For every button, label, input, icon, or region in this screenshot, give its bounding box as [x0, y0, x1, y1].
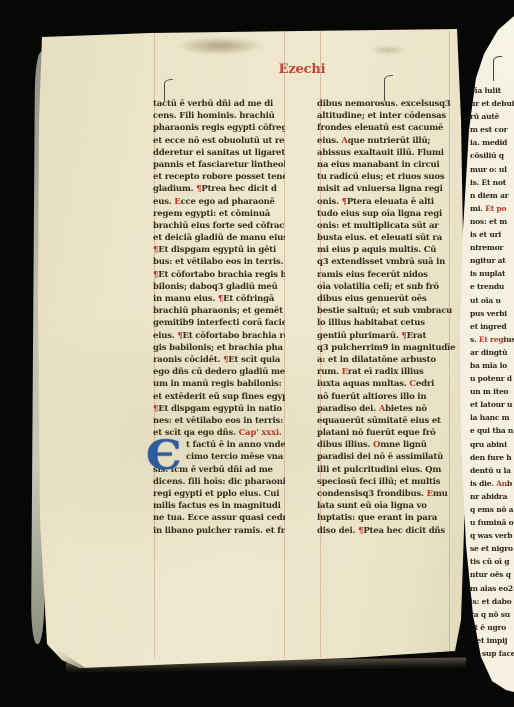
text-line: gentiū plurimarū. ¶Erat — [317, 330, 457, 342]
text-line: diso dei. ¶Ptea hec dicit dñs — [317, 525, 457, 537]
text-line: m est cor — [470, 123, 514, 136]
text-line: pharaonis regis egypti cōfregi: — [153, 122, 285, 134]
text-line: onis. ¶Ptera eleuata ē alti — [317, 196, 457, 208]
text-line: et deiciā gladiū de manu eius. — [153, 232, 285, 244]
text-line: la hanc m — [470, 411, 514, 424]
text-line: se et nigro — [470, 542, 514, 555]
text-line: oīa volatilia celi; et sub frō — [317, 281, 457, 293]
text-line: et recepto robore posset tenere — [153, 171, 285, 183]
text-line: de sup face — [470, 647, 514, 660]
text-line: ne tua. Ecce assur quasi cedrus — [153, 512, 285, 524]
text-line: ego dñs cū dedero gladiū me — [153, 366, 285, 378]
text-line: onis: et multiplicata sūt ar — [317, 220, 457, 232]
text-line: eus. Ecce ego ad pharaonē — [153, 196, 285, 208]
text-line: iuxta aquas multas. Cedri — [317, 378, 457, 390]
text-line: regem egypti: et cōminuā — [153, 208, 285, 220]
text-line: tactū ē verbū dñi ad me di — [153, 98, 285, 110]
text-line: is die. Anb — [470, 477, 514, 490]
text-line: e qui tha n — [470, 424, 514, 437]
text-line: equauerūt sūmitatē eius et — [317, 415, 457, 427]
text-line: illi et pulcritudini eius. Qm — [317, 464, 457, 476]
text-line: ramis eius fecerūt nidos — [317, 269, 457, 281]
text-line: s et impij — [470, 634, 514, 647]
text-line: u potenr d — [470, 372, 514, 385]
text-line: mur o: ul — [470, 163, 514, 176]
text-line: abissus exaltauit illū. Flumi — [317, 147, 457, 159]
parchment-stain — [158, 30, 428, 62]
text-line: q ems nō a — [470, 503, 514, 516]
text-line: eius. Aque nutrierūt illū; — [317, 135, 457, 147]
text-line: pus verbi — [470, 307, 514, 320]
text-line: paradisi dei nō ē assimilatū — [317, 451, 457, 463]
running-title: Ezechi — [268, 62, 336, 77]
text-line: eius. ¶Et cōfortabo brachia re — [153, 330, 285, 342]
illuminated-initial-e: Є — [146, 436, 182, 476]
text-line: lata sunt eū oīa ligna vo — [317, 500, 457, 512]
text-line: oīa lulit — [470, 84, 514, 97]
text-line: qru abini — [470, 438, 514, 451]
text-line: u fuminā o — [470, 516, 514, 529]
text-line: gis babilonis; et brachia pha — [153, 342, 285, 354]
text-line: is. Et not — [470, 176, 514, 189]
text-line: s. Et regius — [470, 333, 514, 346]
text-line: in manu eius. ¶Et cōfringā — [153, 293, 285, 305]
text-line: lo illius habitabat cetus — [317, 317, 457, 329]
text-line: gemitib9 interfecti corā facie — [153, 317, 285, 329]
text-line: misit ad vniuersa ligna regi — [317, 183, 457, 195]
text-line: nes: et vētilabo eos in terris: — [153, 415, 285, 427]
text-line: e trendu — [470, 280, 514, 293]
text-line: ¶Et dispgam egyptū in gēti — [153, 244, 285, 256]
text-line: ¶Et dispgam egyptū in natio — [153, 403, 285, 415]
text-line: in libano pulcher ramis. et frō — [153, 525, 285, 537]
text-line: ut oīa u — [470, 294, 514, 307]
text-line: et latour u — [470, 398, 514, 411]
text-line: cens. Fili hominis. brachiū — [153, 110, 285, 122]
text-line: m aīas eo2 — [470, 582, 514, 595]
text-line: cōsiliū q — [470, 149, 514, 162]
text-line: ngitur at — [470, 254, 514, 267]
text-line: is et uri — [470, 228, 514, 241]
ascender-flourish-icon — [493, 56, 502, 81]
text-line: busta eius. et eleuati sūt ra — [317, 232, 457, 244]
next-page-text-column: oīa lulitur et debuirū autēm est coria. … — [470, 84, 514, 660]
text-line: altitudine; et inter cōdensas — [317, 110, 457, 122]
text-line: et ecce nō est obuolutū ut re — [153, 135, 285, 147]
text-line: speciosū feci illū; et multis — [317, 476, 457, 488]
text-line: nr abidra — [470, 490, 514, 503]
text-line: ia. medid — [470, 136, 514, 149]
text-line: nō fuerūt altiores illo in — [317, 391, 457, 403]
text-line: platani nō fuerūt eque frō — [317, 427, 457, 439]
text-line: ba mīa lo — [470, 359, 514, 372]
text-line: brachiū pharaonis; et gemēt — [153, 305, 285, 317]
text-line: ¶Et cōfortabo brachia regis ba — [153, 269, 285, 281]
text-line: bilonis; daboq3 gladiū meū — [153, 281, 285, 293]
text-line: ntur oēs q — [470, 568, 514, 581]
text-line: ur et debui — [470, 97, 514, 110]
text-line: brachiū eius forte sed cōfractū: — [153, 220, 285, 232]
text-line: dibus nemorosus. excelsusq3 — [317, 98, 457, 110]
text-line: et ingred — [470, 320, 514, 333]
text-line: n diem ar — [470, 189, 514, 202]
text-line: paradiso dei. Abietes nō — [317, 403, 457, 415]
text-line: nos: et m — [470, 215, 514, 228]
text-line: et ē ugro — [470, 621, 514, 634]
text-line: gladium. ¶Ptrea hec dicit d — [153, 183, 285, 195]
text-line: um in manū regis babilonis: — [153, 378, 285, 390]
text-line: dibus illius. Omne lignū — [317, 439, 457, 451]
manuscript-photo: Ezechi tactū ē verbū dñi ad me dicens. F… — [0, 0, 514, 707]
text-line: dderetur ei sanitas ut ligaretur — [153, 147, 285, 159]
text-line: q3 pulcherrim9 in magnitudīe su — [317, 342, 457, 354]
text-line: tis cū oī g — [470, 555, 514, 568]
text-line: raonis cōcidēt. ¶Et scīt quia — [153, 354, 285, 366]
text-line: mi. Et po — [470, 202, 514, 215]
text-line: na eius manabant in circui — [317, 159, 457, 171]
text-line: den fure h — [470, 451, 514, 464]
text-line: a: et in dilatatōne arbusto — [317, 354, 457, 366]
text-line: is: et dabo — [470, 595, 514, 608]
text-line: ar dingtū — [470, 346, 514, 359]
text-line: un m iteo — [470, 385, 514, 398]
text-line: is nuplat — [470, 267, 514, 280]
text-line: frondes eleuatū est cacumē — [317, 122, 457, 134]
text-line: dentū u la — [470, 464, 514, 477]
text-line: bus: et vētilabo eos in terris. — [153, 256, 285, 268]
text-line: q was verb — [470, 529, 514, 542]
text-line: et extēderit eū sup fines egypti. — [153, 391, 285, 403]
text-line: bestie saltuū; et sub vmbracu — [317, 305, 457, 317]
text-line: milis factus es in magnitudi — [153, 500, 285, 512]
manuscript-page: Ezechi tactū ē verbū dñi ad me dicens. F… — [0, 0, 514, 707]
text-line: tudo eius sup oīa ligna regi — [317, 208, 457, 220]
text-line: condensisq3 frondibus. Emu — [317, 488, 457, 500]
text-line: mi eius p aquis multis. Cū — [317, 244, 457, 256]
text-line: ra q nō su — [470, 608, 514, 621]
text-line: ntremor — [470, 241, 514, 254]
right-text-column: dibus nemorosus. excelsusq3altitudine; e… — [317, 98, 457, 537]
text-line: pannis et fasciaretur lintheolis: — [153, 159, 285, 171]
text-line: tu radicū eius; et riuos suos — [317, 171, 457, 183]
text-line: rum. Erat eī radix illius — [317, 366, 457, 378]
text-line: regi egypti et pplo eius. Cui — [153, 488, 285, 500]
text-line: luptatis: que erant in para — [317, 512, 457, 524]
text-line: q3 extendisset vmbrā suā in — [317, 256, 457, 268]
text-line: rū autē — [470, 110, 514, 123]
text-line: dibus eius genuerūt oēs — [317, 293, 457, 305]
